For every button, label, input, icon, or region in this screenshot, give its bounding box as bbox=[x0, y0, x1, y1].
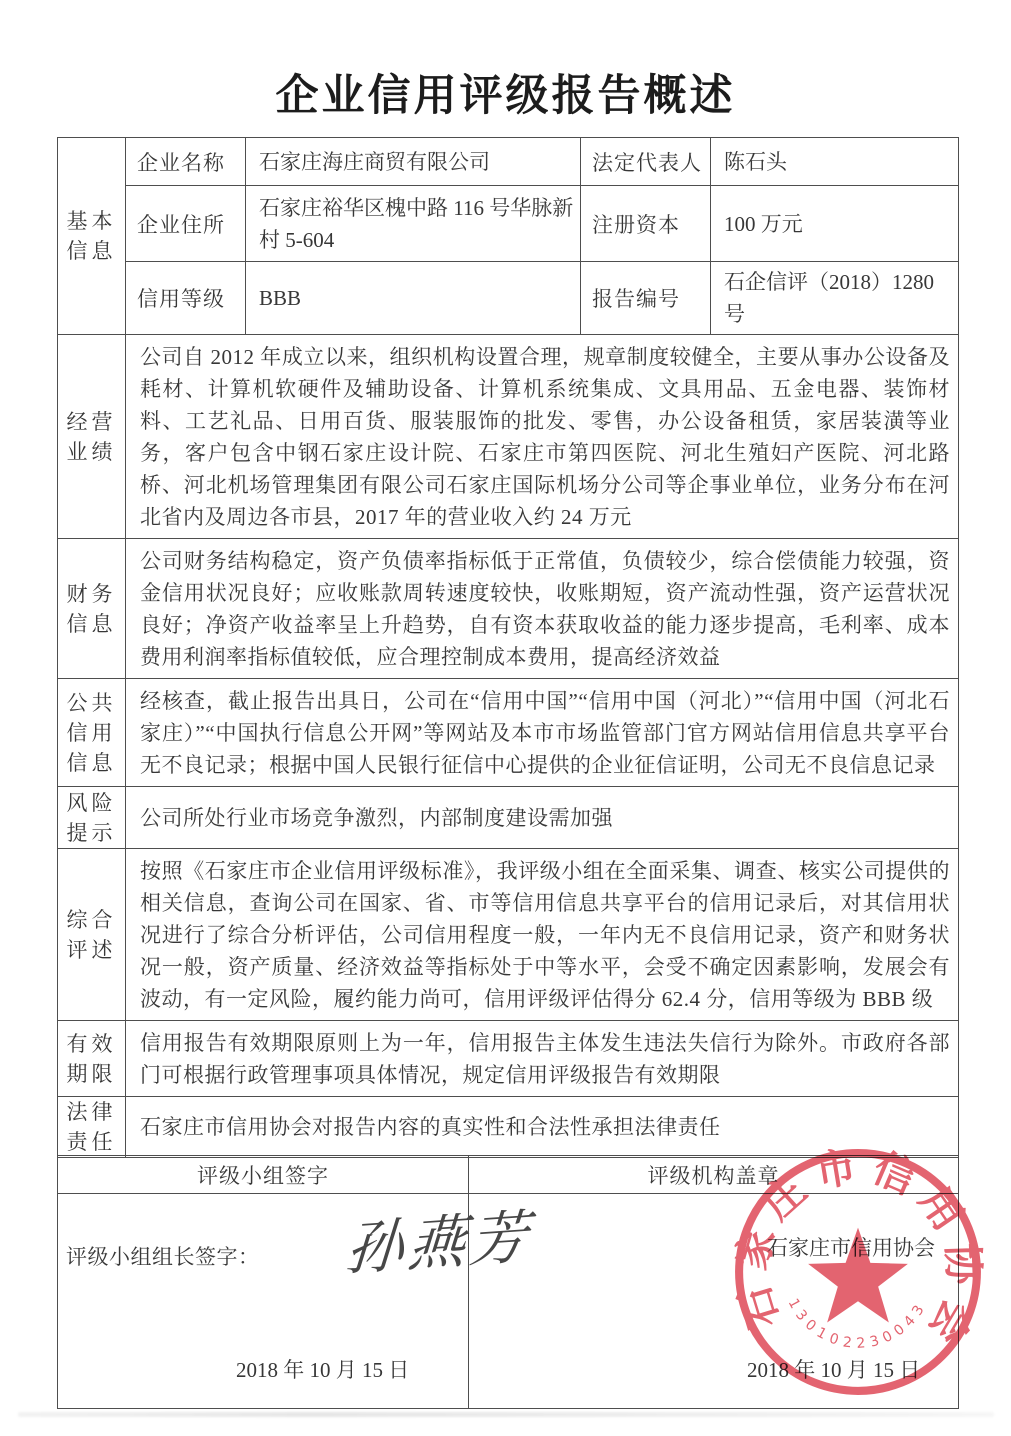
section-label-business-performance: 经营 业绩 bbox=[58, 335, 126, 539]
capital-label: 注册资本 bbox=[581, 186, 711, 262]
section-label-overall-review: 综合 评述 bbox=[58, 849, 126, 1021]
report-main-table: 基本 信息 企业名称 石家庄海庄商贸有限公司 法定代表人 陈石头 企业住所 石家… bbox=[57, 137, 959, 1158]
stamp-seal-graphic: 石家庄市信用协会 1301022300430 bbox=[727, 1141, 989, 1403]
sign-column-header: 评级小组签字 bbox=[58, 1156, 469, 1194]
section-label-basic-info: 基本 信息 bbox=[58, 138, 126, 335]
report-no-label: 报告编号 bbox=[581, 262, 711, 335]
financial-info-text: 公司财务结构稳定，资产负债率指标低于正常值，负债较少，综合偿债能力较强，资金信用… bbox=[126, 539, 959, 679]
legal-rep-value: 陈石头 bbox=[711, 138, 959, 186]
signature-cell: 评级小组组长签字： 孙燕芳 2018 年 10 月 15 日 bbox=[58, 1194, 469, 1409]
signature-date: 2018 年 10 月 15 日 bbox=[236, 1354, 409, 1384]
overall-review-text: 按照《石家庄市企业信用评级标准》，我评级小组在全面采集、调查、核实公司提供的相关… bbox=[126, 849, 959, 1021]
page-title: 企业信用评级报告概述 bbox=[0, 62, 1011, 123]
address-label: 企业住所 bbox=[126, 186, 246, 262]
business-performance-text: 公司自 2012 年成立以来，组织机构设置合理，规章制度较健全，主要从事办公设备… bbox=[126, 335, 959, 539]
rating-value: BBB bbox=[246, 262, 581, 335]
scan-shadow-artifact bbox=[18, 1412, 994, 1417]
company-name-label: 企业名称 bbox=[126, 138, 246, 186]
section-label-risk-warning: 风险 提示 bbox=[58, 787, 126, 849]
public-credit-info-text: 经核查，截止报告出具日，公司在“信用中国”“信用中国（河北）”“信用中国（河北石… bbox=[126, 679, 959, 787]
section-label-legal-liability: 法律 责任 bbox=[58, 1097, 126, 1158]
company-name-value: 石家庄海庄商贸有限公司 bbox=[246, 138, 581, 186]
scanned-credit-report-page: 企业信用评级报告概述 基本 信息 企业名称 石家庄海庄商贸有限公司 法定代表人 … bbox=[0, 0, 1011, 1436]
stamp-star bbox=[808, 1228, 908, 1323]
risk-warning-text: 公司所处行业市场竞争激烈，内部制度建设需加强 bbox=[126, 787, 959, 849]
section-label-validity-period: 有效 期限 bbox=[58, 1021, 126, 1097]
legal-rep-label: 法定代表人 bbox=[581, 138, 711, 186]
signature-stamp-table: 评级小组签字 评级机构盖章 评级小组组长签字： 孙燕芳 2018 年 10 月 … bbox=[57, 1155, 959, 1409]
rating-label: 信用等级 bbox=[126, 262, 246, 335]
section-label-public-credit-info: 公共 信用 信息 bbox=[58, 679, 126, 787]
section-label-financial-info: 财务 信息 bbox=[58, 539, 126, 679]
validity-period-text: 信用报告有效期限原则上为一年，信用报告主体发生违法失信行为除外。市政府各部门可根… bbox=[126, 1021, 959, 1097]
report-no-value: 石企信评（2018）1280 号 bbox=[711, 262, 959, 335]
official-stamp: 石家庄市信用协会 1301022300430 bbox=[727, 1141, 989, 1403]
capital-value: 100 万元 bbox=[711, 186, 959, 262]
team-leader-sign-label: 评级小组组长签字： bbox=[66, 1241, 260, 1271]
stamp-cell: 石家庄市信用协会 2018 年 10 月 15 日 石家庄市信用协会 bbox=[469, 1194, 959, 1409]
address-value: 石家庄裕华区槐中路 116 号华脉新村 5-604 bbox=[246, 186, 581, 262]
